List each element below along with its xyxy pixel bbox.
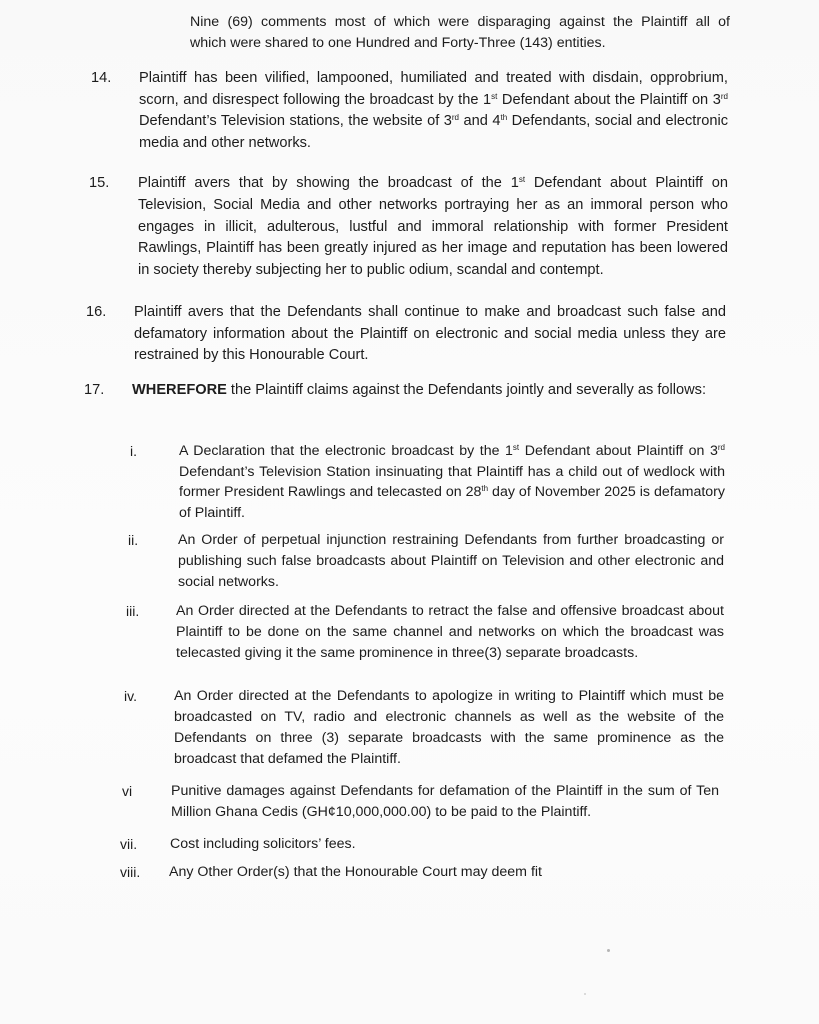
paragraph-17-body: the Plaintiff claims against the Defenda…	[227, 382, 706, 398]
claim-number-i: i.	[130, 441, 137, 462]
claim-i-text: A Declaration that the electronic broadc…	[179, 441, 725, 523]
claim-ii-text: An Order of perpetual injunction restrai…	[178, 530, 724, 593]
claim-iv-text: An Order directed at the Defendants to a…	[174, 686, 724, 770]
scan-speck	[584, 993, 586, 995]
continuation-line-2: which were shared to one Hundred and For…	[190, 33, 730, 54]
paragraph-15-text: Plaintiff avers that by showing the broa…	[138, 173, 728, 282]
claim-viii-text: Any Other Order(s) that the Honourable C…	[169, 862, 669, 883]
claim-iii-text: An Order directed at the Defendants to r…	[176, 601, 724, 664]
paragraph-16-text: Plaintiff avers that the Defendants shal…	[134, 302, 726, 367]
document-page: Nine (69) comments most of which were di…	[0, 0, 819, 1024]
paragraph-13-continuation: Nine (69) comments most of which were di…	[190, 12, 730, 54]
continuation-line-1: Nine (69) comments most of which were di…	[190, 12, 730, 33]
paragraph-number-14: 14.	[91, 68, 111, 90]
claim-number-vii: vii.	[120, 834, 137, 855]
claim-vii-text: Cost including solicitors’ fees.	[170, 834, 570, 855]
paragraph-number-16: 16.	[86, 302, 106, 324]
claim-number-ii: ii.	[128, 530, 138, 551]
paragraph-17-text: WHEREFORE the Plaintiff claims against t…	[132, 380, 726, 402]
claim-number-viii: viii.	[120, 862, 140, 883]
paragraph-number-17: 17.	[84, 380, 104, 402]
claim-number-iv: iv.	[124, 686, 137, 707]
paragraph-14-text: Plaintiff has been vilified, lampooned, …	[139, 68, 728, 154]
claim-number-vi: vi	[122, 781, 132, 802]
wherefore-label: WHEREFORE	[132, 382, 227, 398]
paragraph-number-15: 15.	[89, 173, 109, 195]
claim-number-iii: iii.	[126, 601, 139, 622]
scan-speck	[607, 949, 610, 952]
claim-vi-text: Punitive damages against Defendants for …	[171, 781, 719, 823]
